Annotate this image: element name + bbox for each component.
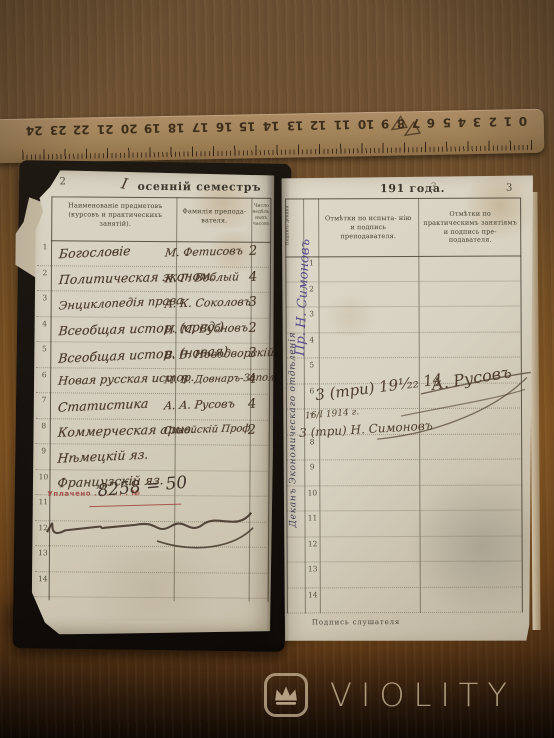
row-number: 8 bbox=[38, 421, 50, 430]
row-number: 14 bbox=[306, 590, 320, 599]
marks-row: 3 bbox=[286, 307, 522, 334]
subject-handwriting: Богословіе bbox=[58, 243, 131, 261]
subject-row: 6Новая русская истор.М. В. Довнаръ-Запол… bbox=[36, 368, 270, 395]
watermark-brand-text: VIOLITY bbox=[330, 676, 516, 714]
hours-handwriting: 2 bbox=[248, 320, 257, 335]
row-number: 5 bbox=[305, 360, 319, 369]
row-number: 3 bbox=[39, 293, 51, 302]
row-number: 10 bbox=[305, 488, 319, 497]
row-number: 12 bbox=[306, 539, 320, 548]
subject-row: 3Энциклопедія праваА. К. Соколовъ3 bbox=[37, 291, 271, 318]
subject-row: 9Нѣмецкій яз. bbox=[36, 444, 270, 471]
left-page: 2 I осенній семестръ Наименованіе предме… bbox=[30, 170, 275, 636]
marks-row: 1 bbox=[285, 256, 521, 283]
professor-handwriting: К. Г. Воблый bbox=[164, 270, 240, 285]
professor-handwriting: Синайскій Проф. bbox=[163, 423, 254, 437]
professor-handwriting: А. К. Соколовъ bbox=[164, 295, 252, 310]
subject-row: 4Всеобщая истор. (сред.)Н. М. Бубновъ2 bbox=[36, 317, 270, 344]
hours-handwriting: 3 bbox=[248, 294, 257, 309]
marks-row: 2 bbox=[285, 281, 521, 308]
professor-handwriting: А. А. Русовъ bbox=[163, 397, 235, 412]
row-number: 7 bbox=[38, 395, 50, 404]
marks-row: 9 bbox=[286, 460, 522, 487]
professor-handwriting: В. В. Новодворскій bbox=[164, 346, 275, 362]
subject-row: 7СтатистикаА. А. Русовъ4 bbox=[36, 393, 270, 420]
director-signature bbox=[39, 498, 259, 558]
crown-icon bbox=[264, 673, 308, 717]
subject-row: 14 bbox=[35, 572, 269, 599]
row-number: 14 bbox=[37, 574, 49, 583]
violity-watermark: VIOLITY bbox=[264, 664, 550, 726]
hours-handwriting: 4 bbox=[248, 371, 257, 386]
row-number: 10 bbox=[37, 472, 49, 481]
row-number: 5 bbox=[38, 344, 50, 353]
row-number: 4 bbox=[39, 319, 51, 328]
hours-handwriting: 4 bbox=[248, 269, 257, 284]
subject-row: 2Политическая эконом.К. Г. Воблый4 bbox=[37, 266, 271, 293]
marks-row: 11 bbox=[286, 511, 522, 538]
marks-row: 14 bbox=[287, 587, 523, 614]
row-number: 9 bbox=[38, 446, 50, 455]
professor-handwriting: Н. М. Бубновъ bbox=[164, 321, 249, 336]
left-rows: 1БогословіеМ. Фетисовъ22Политическая эко… bbox=[30, 170, 275, 636]
hours-handwriting: 4 bbox=[248, 396, 257, 411]
subject-row: 8Коммерческая ариѳ.Синайскій Проф.2 bbox=[36, 419, 270, 446]
right-page: 191 года. 3 3 Подпись декана Отмѣтки по … bbox=[280, 175, 536, 644]
professor-handwriting: М. Фетисовъ bbox=[164, 244, 243, 259]
subject-row: 1БогословіеМ. Фетисовъ2 bbox=[37, 240, 271, 267]
row-number: 4 bbox=[305, 335, 319, 344]
marks-row: 4 bbox=[286, 332, 522, 359]
subject-handwriting: Статистика bbox=[57, 396, 149, 415]
hours-handwriting: 3 bbox=[248, 345, 257, 360]
row-number: 6 bbox=[38, 370, 50, 379]
marks-row: 13 bbox=[287, 562, 523, 589]
hours-handwriting: 2 bbox=[249, 243, 258, 258]
listener-signature-label: Подпись слушателя bbox=[312, 618, 400, 626]
marks-row: 12 bbox=[287, 536, 523, 563]
row-number: 2 bbox=[304, 284, 318, 293]
row-number: 1 bbox=[304, 258, 318, 267]
row-number: 11 bbox=[305, 513, 319, 522]
subject-handwriting: Нѣмецкій яз. bbox=[57, 447, 149, 466]
marks-row: 10 bbox=[286, 485, 522, 512]
row-number: 9 bbox=[305, 462, 319, 471]
row-number: 13 bbox=[306, 564, 320, 573]
subject-row: 5Всеобщая истор. (новая)В. В. Новодворск… bbox=[36, 342, 270, 369]
row-number: 2 bbox=[39, 268, 51, 277]
row-number: 1 bbox=[39, 242, 51, 251]
row-number: 3 bbox=[305, 309, 319, 318]
hours-handwriting: 2 bbox=[247, 422, 256, 437]
